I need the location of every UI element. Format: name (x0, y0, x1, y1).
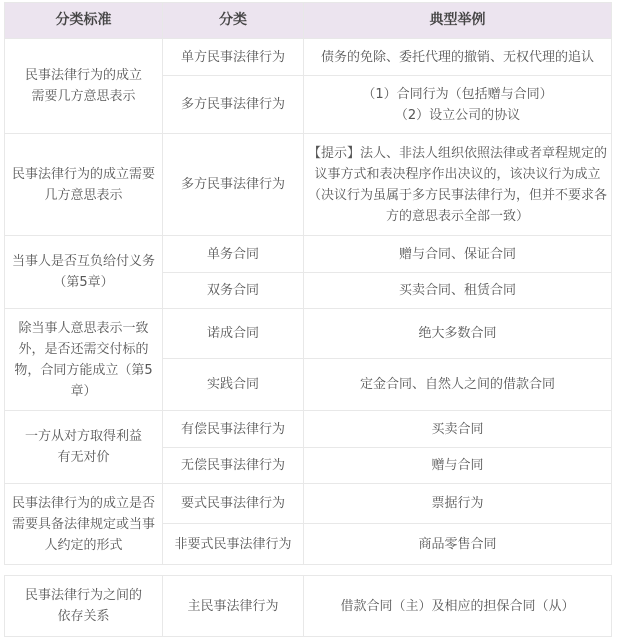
table-row: 民事法律行为的成立是否需要具备法律规定或当事人约定的形式 要式民事法律行为 票据… (5, 484, 612, 524)
classification-table: 分类标准 分类 典型举例 民事法律行为的成立需要几方意思表示 单方民事法律行为 … (4, 2, 612, 565)
category-cell: 非要式民事法律行为 (163, 524, 304, 565)
example-cell-hint: 【提示】法人、非法人组织依照法律或者章程规定的议事方式和表决程序作出决议的，该决… (304, 134, 612, 236)
example-line: （1）合同行为（包括赠与合同） (308, 84, 607, 105)
criterion-cell: 民事法律行为之间的依存关系 (5, 576, 163, 637)
table-row: 一方从对方取得利益有无对价 有偿民事法律行为 买卖合同 (5, 411, 612, 448)
category-cell: 有偿民事法律行为 (163, 411, 304, 448)
classification-table-continued: 民事法律行为之间的依存关系 主民事法律行为 借款合同（主）及相应的担保合同（从） (4, 575, 612, 637)
category-cell: 单方民事法律行为 (163, 39, 304, 76)
example-line: （2）设立公司的协议 (308, 105, 607, 126)
category-cell: 无偿民事法律行为 (163, 448, 304, 484)
category-cell: 实践合同 (163, 359, 304, 411)
example-cell: 赠与合同 (304, 448, 612, 484)
table-header-row: 分类标准 分类 典型举例 (5, 3, 612, 39)
example-cell: 定金合同、自然人之间的借款合同 (304, 359, 612, 411)
example-cell: （1）合同行为（包括赠与合同） （2）设立公司的协议 (304, 76, 612, 134)
header-criterion: 分类标准 (5, 3, 163, 39)
example-cell: 票据行为 (304, 484, 612, 524)
example-cell: 债务的免除、委托代理的撤销、无权代理的追认 (304, 39, 612, 76)
header-category: 分类 (163, 3, 304, 39)
table-row: 除当事人意思表示一致外，是否还需交付标的物，合同方能成立（第5章） 诺成合同 绝… (5, 309, 612, 359)
table-row: 当事人是否互负给付义务（第5章） 单务合同 赠与合同、保证合同 (5, 236, 612, 273)
example-cell: 买卖合同、租赁合同 (304, 273, 612, 309)
table-row: 民事法律行为之间的依存关系 主民事法律行为 借款合同（主）及相应的担保合同（从） (5, 576, 612, 637)
category-cell: 单务合同 (163, 236, 304, 273)
category-cell: 诺成合同 (163, 309, 304, 359)
table-row: 民事法律行为的成立需要几方意思表示 多方民事法律行为 【提示】法人、非法人组织依… (5, 134, 612, 236)
criterion-cell: 民事法律行为的成立需要几方意思表示 (5, 134, 163, 236)
example-cell: 买卖合同 (304, 411, 612, 448)
category-cell: 要式民事法律行为 (163, 484, 304, 524)
category-cell: 多方民事法律行为 (163, 76, 304, 134)
table-row: 民事法律行为的成立需要几方意思表示 单方民事法律行为 债务的免除、委托代理的撤销… (5, 39, 612, 76)
criterion-cell: 民事法律行为的成立需要几方意思表示 (5, 39, 163, 134)
example-cell: 商品零售合同 (304, 524, 612, 565)
criterion-cell: 一方从对方取得利益有无对价 (5, 411, 163, 484)
category-cell: 主民事法律行为 (163, 576, 304, 637)
criterion-cell: 除当事人意思表示一致外，是否还需交付标的物，合同方能成立（第5章） (5, 309, 163, 411)
criterion-cell: 当事人是否互负给付义务（第5章） (5, 236, 163, 309)
example-cell: 借款合同（主）及相应的担保合同（从） (304, 576, 612, 637)
criterion-cell: 民事法律行为的成立是否需要具备法律规定或当事人约定的形式 (5, 484, 163, 565)
category-cell: 多方民事法律行为 (163, 134, 304, 236)
category-cell: 双务合同 (163, 273, 304, 309)
header-example: 典型举例 (304, 3, 612, 39)
example-cell: 赠与合同、保证合同 (304, 236, 612, 273)
example-cell: 绝大多数合同 (304, 309, 612, 359)
